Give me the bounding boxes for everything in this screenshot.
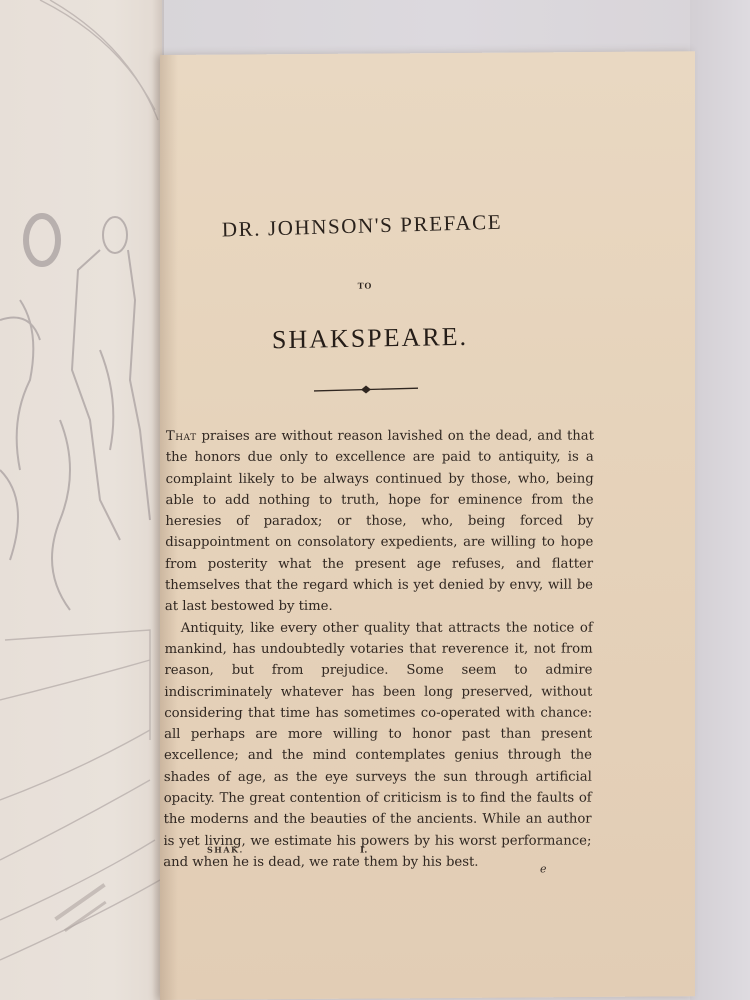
paragraph-text: praises are without reason lavished on t…	[165, 429, 594, 615]
engraving-illustration-icon	[0, 0, 162, 1000]
heading-line-2: TO	[335, 280, 395, 290]
heading-line-1: DR. JOHNSON'S PREFACE	[212, 209, 512, 242]
volume-number: I.	[360, 846, 367, 856]
photo-scene: DR. JOHNSON'S PREFACE TO SHAKSPEARE. Tha…	[0, 0, 750, 1000]
table-background	[690, 0, 750, 1000]
ornament-rule-icon	[314, 383, 418, 396]
paragraph-text: Antiquity, like every other quality that…	[163, 620, 593, 870]
signature-letter: e	[540, 862, 547, 875]
paragraph-1: That praises are without reason lavished…	[165, 426, 594, 618]
paragraph-2: Antiquity, like every other quality that…	[163, 617, 593, 873]
paragraph-lead: That	[166, 429, 197, 444]
book-page: DR. JOHNSON'S PREFACE TO SHAKSPEARE. Tha…	[160, 51, 695, 1000]
signature-mark: SHAK.	[207, 844, 244, 854]
facing-page-engraving	[0, 0, 162, 1000]
body-text: That praises are without reason lavished…	[163, 426, 594, 874]
heading-title: SHAKSPEARE.	[220, 321, 520, 356]
